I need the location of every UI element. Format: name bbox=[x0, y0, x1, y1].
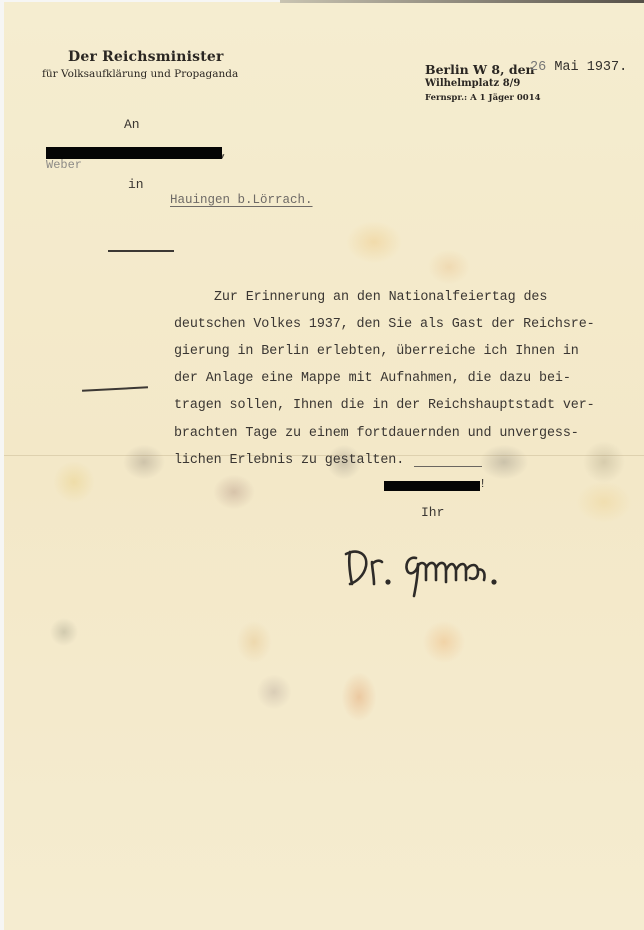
body-line: deutschen Volkes 1937, den Sie als Gast … bbox=[174, 317, 595, 332]
address-street: Wilhelmplatz 8/9 bbox=[425, 78, 520, 89]
phone-number: Fernspr.: A 1 Jäger 0014 bbox=[425, 93, 541, 103]
closing-ihr: Ihr bbox=[421, 505, 444, 520]
recipient-in-label: in bbox=[128, 177, 144, 192]
greeting-exclamation: ! bbox=[479, 477, 486, 491]
redacted-greeting bbox=[384, 481, 480, 491]
place-location: Berlin W 8, den bbox=[425, 62, 535, 77]
recipient-salutation: An bbox=[124, 117, 140, 132]
body-line: brachten Tage zu einem fortdauernden und… bbox=[174, 426, 579, 441]
closing-dash-line bbox=[414, 466, 482, 467]
handwritten-signature bbox=[344, 540, 524, 600]
letterhead-subtitle: für Volksaufklärung und Propaganda bbox=[42, 68, 238, 80]
body-line: Zur Erinnerung an den Nationalfeiertag d… bbox=[214, 290, 547, 305]
recipient-city: Hauingen b.Lörrach. bbox=[170, 193, 313, 207]
page-edge-shadow bbox=[280, 0, 644, 3]
body-line: gierung in Berlin erlebten, überreiche i… bbox=[174, 344, 579, 359]
body-line: lichen Erlebnis zu gestalten. bbox=[174, 453, 404, 468]
letter-date: 26 Mai 1937. bbox=[530, 60, 627, 75]
letterhead-title: Der Reichsminister bbox=[68, 49, 224, 65]
date-day: 26 bbox=[530, 60, 546, 75]
date-month-year: Mai 1937. bbox=[554, 60, 627, 75]
recipient-name-comma: , bbox=[220, 145, 228, 160]
body-line: der Anlage eine Mappe mit Aufnahmen, die… bbox=[174, 371, 571, 386]
separator-rule bbox=[108, 250, 174, 252]
recipient-occupation: Weber bbox=[46, 158, 82, 172]
body-line: tragen sollen, Ihnen die in der Reichsha… bbox=[174, 398, 595, 413]
